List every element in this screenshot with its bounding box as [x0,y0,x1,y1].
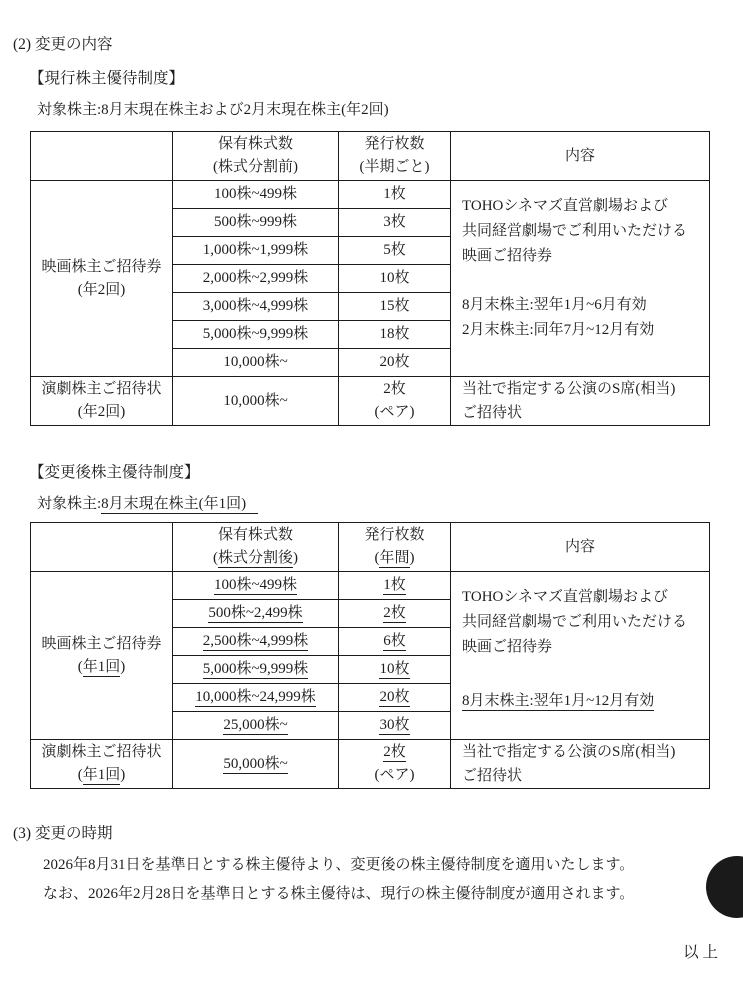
current-theater-label-line2: (年2回) [31,401,172,424]
underlined-value: 6枚 [383,633,406,651]
content-line: 共同経営劇場でご利用いただける [462,610,703,635]
current-target-shareholders: 対象株主:8月末現在株主および2月末現在株主(年2回) [37,101,743,119]
content-line: 当社で指定する公演のS席(相当) [462,377,709,401]
shares-cell: 10,000株~24,999株 [173,684,339,712]
content-line: 映画ご招待券 [462,635,703,660]
underlined-value: 2,500株~4,999株 [203,633,309,651]
underlined-text: 年間 [379,550,409,568]
validity-line: 8月末株主:翌年1月~6月有効 [462,293,703,318]
content-spacer [462,269,703,293]
validity-line: 2月末株主:同年7月~12月有効 [462,318,703,343]
underlined-value: 1枚 [383,577,406,595]
shares-cell: 5,000株~9,999株 [173,321,339,349]
count-cell: 1枚 [339,572,451,600]
section3-heading: (3) 変更の時期 [13,825,743,843]
count-cell: 2枚 (ペア) [339,377,451,426]
revised-system-title: 【変更後株主優待制度】 [29,464,743,482]
count-cell: 10枚 [339,656,451,684]
closing-statement: 以 上 [0,944,718,962]
underlined-value: 2枚 [383,605,406,623]
count-cell: 1枚 [339,181,451,209]
table-row: 演劇株主ご招待状 (年1回) 50,000株~ 2枚 (ペア) 当社で指定する公… [31,740,710,789]
current-header-issued-line1: 発行枚数 [339,133,450,156]
content-line: TOHOシネマズ直営劇場および [462,585,703,610]
paren-close: ) [410,550,415,566]
underlined-value: 10枚 [379,661,409,679]
underlined-value: 5,000株~9,999株 [203,661,309,679]
revised-movie-label-line2: (年1回) [31,656,172,679]
underlined-value: 30枚 [379,717,409,735]
underlined-value: 10,000株~24,999株 [195,689,316,707]
shares-cell: 25,000株~ [173,712,339,740]
count-line1: 2枚 [339,378,450,401]
revised-table-header-row: 保有株式数 (株式分割後) 発行枚数 (年間) 内容 [31,523,710,572]
content-spacer [462,660,703,689]
shares-cell: 50,000株~ [173,740,339,789]
content-line: 共同経営劇場でご利用いただける [462,219,703,244]
current-theater-label-cell: 演劇株主ご招待状 (年2回) [31,377,173,426]
underlined-value: 50,000株~ [223,756,287,774]
underlined-value: 100株~499株 [214,577,297,595]
table-row: 映画株主ご招待券 (年2回) 100株~499株 1枚 TOHOシネマズ直営劇場… [31,181,710,209]
content-line: 映画ご招待券 [462,244,703,269]
revised-theater-label-line1: 演劇株主ご招待状 [31,741,172,764]
underlined-value: 25,000株~ [223,717,287,735]
revised-header-issued-line2: (年間) [339,547,450,570]
revised-header-shares-cell: 保有株式数 (株式分割後) [173,523,339,572]
count-cell: 15枚 [339,293,451,321]
shares-cell: 2,000株~2,999株 [173,265,339,293]
underlined-value: 500株~2,499株 [208,605,302,623]
underlined-value: 2枚 [383,744,406,762]
revised-theater-content-cell: 当社で指定する公演のS席(相当) ご招待状 [451,740,710,789]
section3-line1: 2026年8月31日を基準日とする株主優待より、変更後の株主優待制度を適用いたし… [43,856,743,874]
current-header-shares-line2: (株式分割前) [173,156,338,179]
current-movie-label-line1: 映画株主ご招待券 [31,256,172,279]
revised-theater-label-cell: 演劇株主ご招待状 (年1回) [31,740,173,789]
revised-header-content-cell: 内容 [451,523,710,572]
current-movie-label-cell: 映画株主ご招待券 (年2回) [31,181,173,377]
revised-target-shareholders: 対象株主:8月末現在株主(年1回) [37,495,743,513]
revised-target-prefix: 対象株主: [37,496,101,512]
current-header-content-cell: 内容 [451,132,710,181]
count-cell: 18枚 [339,321,451,349]
section3-line2: なお、2026年2月28日を基準日とする株主優待は、現行の株主優待制度が適用され… [43,885,743,903]
current-system-title: 【現行株主優待制度】 [29,70,743,88]
count-cell: 2枚 (ペア) [339,740,451,789]
count-line2: (ペア) [339,401,450,424]
underlined-text: 8月末株主:翌年1月~12月有効 [462,693,654,711]
content-line: 当社で指定する公演のS席(相当) [462,740,709,764]
shares-cell: 3,000株~4,999株 [173,293,339,321]
current-header-shares-cell: 保有株式数 (株式分割前) [173,132,339,181]
revised-movie-label-line1: 映画株主ご招待券 [31,633,172,656]
document-page: (2) 変更の内容 【現行株主優待制度】 対象株主:8月末現在株主および2月末現… [0,0,743,962]
revised-header-empty-cell [31,523,173,572]
shares-cell: 100株~499株 [173,181,339,209]
count-cell: 3枚 [339,209,451,237]
shares-cell: 1,000株~1,999株 [173,237,339,265]
count-line1: 2枚 [339,741,450,764]
paren-close: ) [293,550,298,566]
current-movie-label-line2: (年2回) [31,279,172,302]
count-cell: 2枚 [339,600,451,628]
shares-cell: 2,500株~4,999株 [173,628,339,656]
underlined-value: 20枚 [379,689,409,707]
count-cell: 10枚 [339,265,451,293]
paren-open: ( [78,767,83,783]
count-line2: (ペア) [339,764,450,787]
content-line: TOHOシネマズ直営劇場および [462,194,703,219]
shares-cell: 10,000株~ [173,349,339,377]
revised-movie-label-cell: 映画株主ご招待券 (年1回) [31,572,173,740]
count-cell: 30枚 [339,712,451,740]
shares-cell: 5,000株~9,999株 [173,656,339,684]
current-benefit-table: 保有株式数 (株式分割前) 発行枚数 (半期ごと) 内容 映画株主ご招待券 (年… [30,131,710,426]
underlined-text: 年1回 [83,767,121,785]
revised-theater-label-line2: (年1回) [31,764,172,787]
revised-movie-content-cell: TOHOシネマズ直営劇場および 共同経営劇場でご利用いただける 映画ご招待券 8… [451,572,710,740]
shares-cell: 10,000株~ [173,377,339,426]
content-line: ご招待状 [462,401,709,425]
section2-heading: (2) 変更の内容 [13,36,743,54]
count-cell: 20枚 [339,684,451,712]
revised-header-shares-line2: (株式分割後) [173,547,338,570]
table-row: 映画株主ご招待券 (年1回) 100株~499株 1枚 TOHOシネマズ直営劇場… [31,572,710,600]
current-header-shares-line1: 保有株式数 [173,133,338,156]
revised-benefit-table: 保有株式数 (株式分割後) 発行枚数 (年間) 内容 映画株主ご招待券 (年1回… [30,522,710,789]
validity-line: 8月末株主:翌年1月~12月有効 [462,689,703,714]
underlined-text: 年1回 [83,659,121,677]
current-header-empty-cell [31,132,173,181]
current-movie-content-cell: TOHOシネマズ直営劇場および 共同経営劇場でご利用いただける 映画ご招待券 8… [451,181,710,377]
current-header-issued-cell: 発行枚数 (半期ごと) [339,132,451,181]
revised-target-underlined: 8月末現在株主(年1回) [101,496,258,514]
current-table-header-row: 保有株式数 (株式分割前) 発行枚数 (半期ごと) 内容 [31,132,710,181]
revised-header-issued-line1: 発行枚数 [339,524,450,547]
count-cell: 20枚 [339,349,451,377]
revised-header-shares-line1: 保有株式数 [173,524,338,547]
content-line: ご招待状 [462,764,709,788]
table-row: 演劇株主ご招待状 (年2回) 10,000株~ 2枚 (ペア) 当社で指定する公… [31,377,710,426]
paren-close: ) [120,659,125,675]
underlined-text: 株式分割後 [218,550,293,568]
current-theater-label-line1: 演劇株主ご招待状 [31,378,172,401]
shares-cell: 100株~499株 [173,572,339,600]
shares-cell: 500株~2,499株 [173,600,339,628]
shares-cell: 500株~999株 [173,209,339,237]
current-theater-content-cell: 当社で指定する公演のS席(相当) ご招待状 [451,377,710,426]
paren-open: ( [78,659,83,675]
count-cell: 6枚 [339,628,451,656]
count-cell: 5枚 [339,237,451,265]
current-header-issued-line2: (半期ごと) [339,156,450,179]
revised-header-issued-cell: 発行枚数 (年間) [339,523,451,572]
paren-close: ) [120,767,125,783]
